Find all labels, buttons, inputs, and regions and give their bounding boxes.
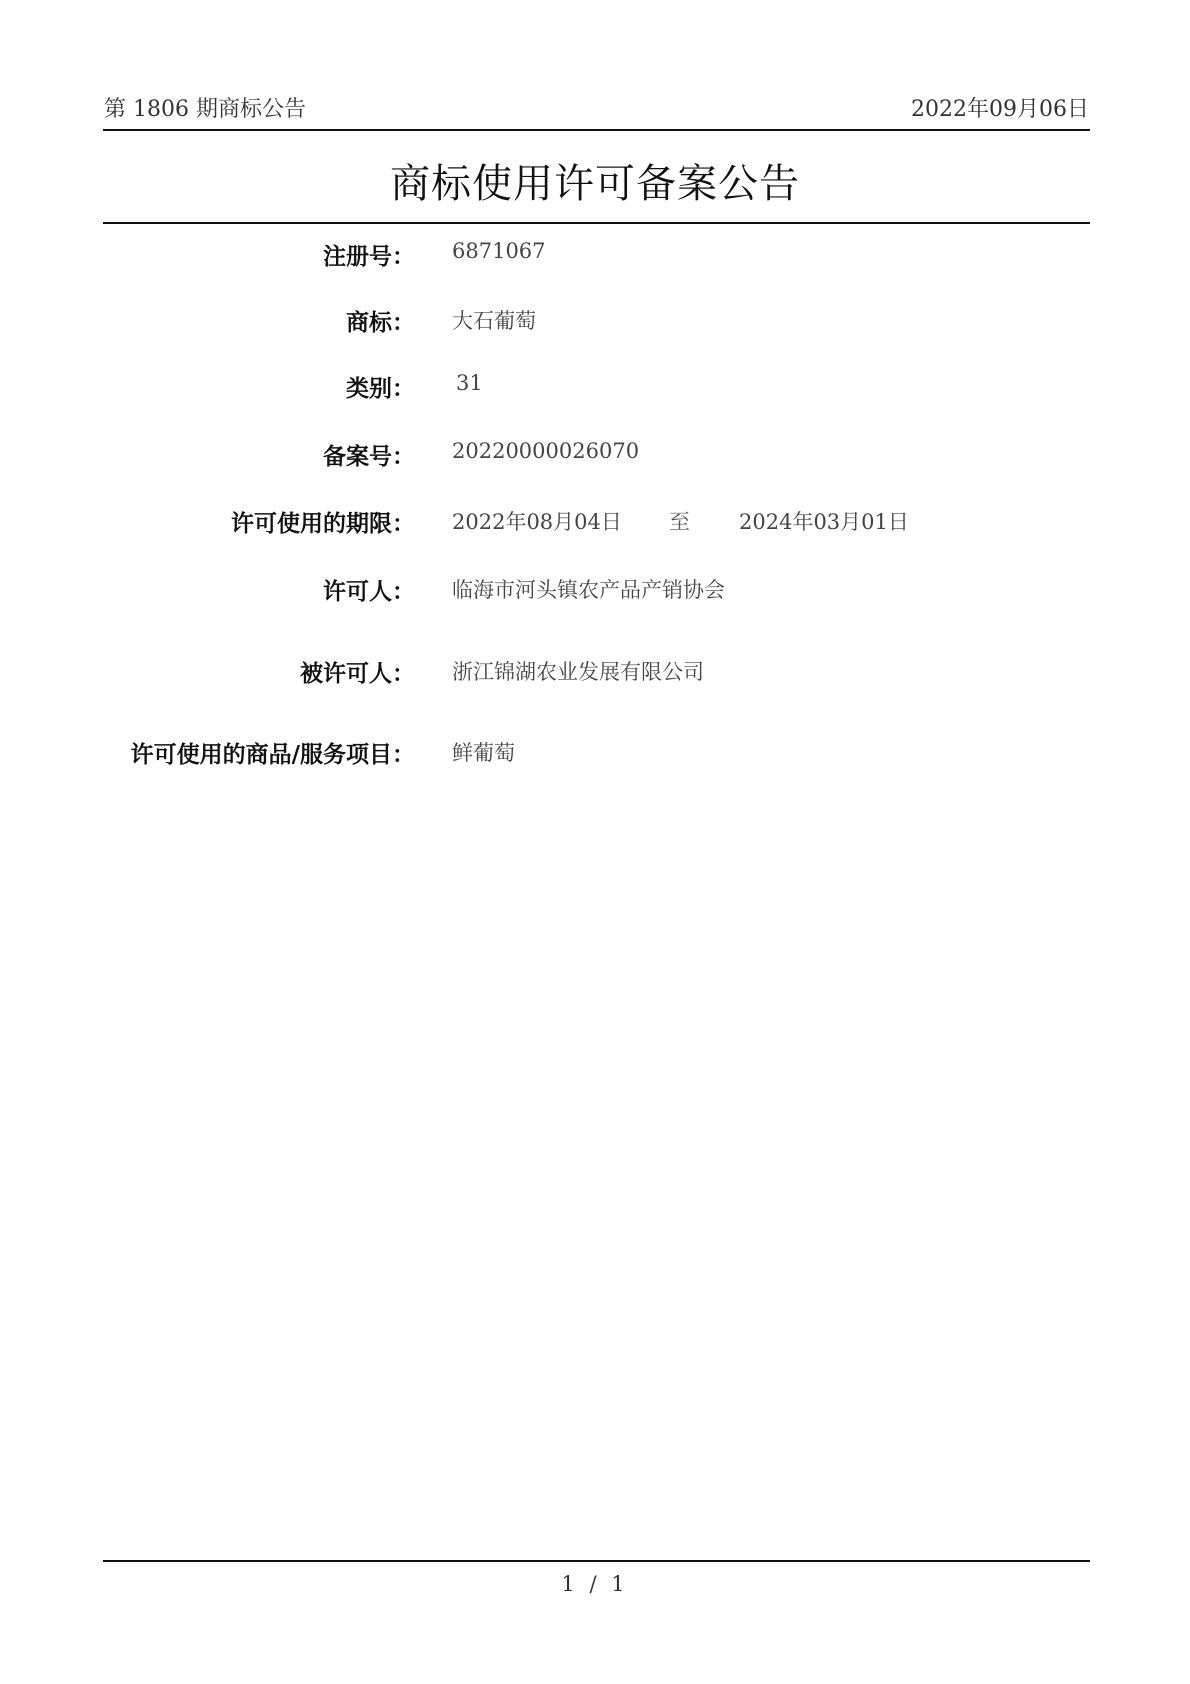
title-divider	[103, 222, 1090, 224]
period-start: 2022年08月04日	[452, 506, 622, 536]
field-label: 许可使用的商品/服务项目：	[131, 736, 415, 769]
field-value: 鲜葡萄	[452, 737, 515, 767]
field-label: 被许可人：	[300, 655, 415, 688]
page-title: 商标使用许可备案公告	[0, 152, 1190, 209]
issue-date: 2022年09月06日	[911, 92, 1089, 123]
field-filing-no: 备案号： 20220000026070	[0, 438, 1190, 474]
field-label: 注册号：	[323, 238, 415, 271]
header-divider	[103, 129, 1090, 131]
field-licensor: 许可人： 临海市河头镇农产品产销协会	[0, 573, 1190, 609]
field-label: 备案号：	[323, 438, 415, 471]
field-label: 许可人：	[323, 573, 415, 606]
footer-divider	[103, 1560, 1090, 1562]
field-value: 大石葡萄	[452, 305, 536, 335]
field-class: 类别： 31	[0, 370, 1190, 406]
period-end: 2024年03月01日	[739, 506, 909, 536]
period-separator: 至	[669, 506, 690, 536]
field-label: 类别：	[346, 370, 415, 403]
field-licensee: 被许可人： 浙江锦湖农业发展有限公司	[0, 655, 1190, 691]
field-registration-no: 注册号： 6871067	[0, 238, 1190, 274]
issue-number: 第 1806 期商标公告	[104, 92, 306, 123]
field-license-period: 许可使用的期限： 2022年08月04日 至 2024年03月01日	[0, 505, 1190, 541]
field-value: 6871067	[452, 239, 546, 263]
field-goods-services: 许可使用的商品/服务项目： 鲜葡萄	[0, 736, 1190, 772]
field-label: 商标：	[346, 304, 415, 337]
field-trademark: 商标： 大石葡萄	[0, 304, 1190, 340]
field-value: 20220000026070	[452, 439, 639, 463]
field-value: 浙江锦湖农业发展有限公司	[452, 656, 704, 686]
field-value: 31	[456, 371, 483, 395]
field-value: 临海市河头镇农产品产销协会	[452, 574, 725, 604]
page-number: 1 / 1	[0, 1572, 1190, 1596]
field-label: 许可使用的期限：	[231, 505, 415, 538]
